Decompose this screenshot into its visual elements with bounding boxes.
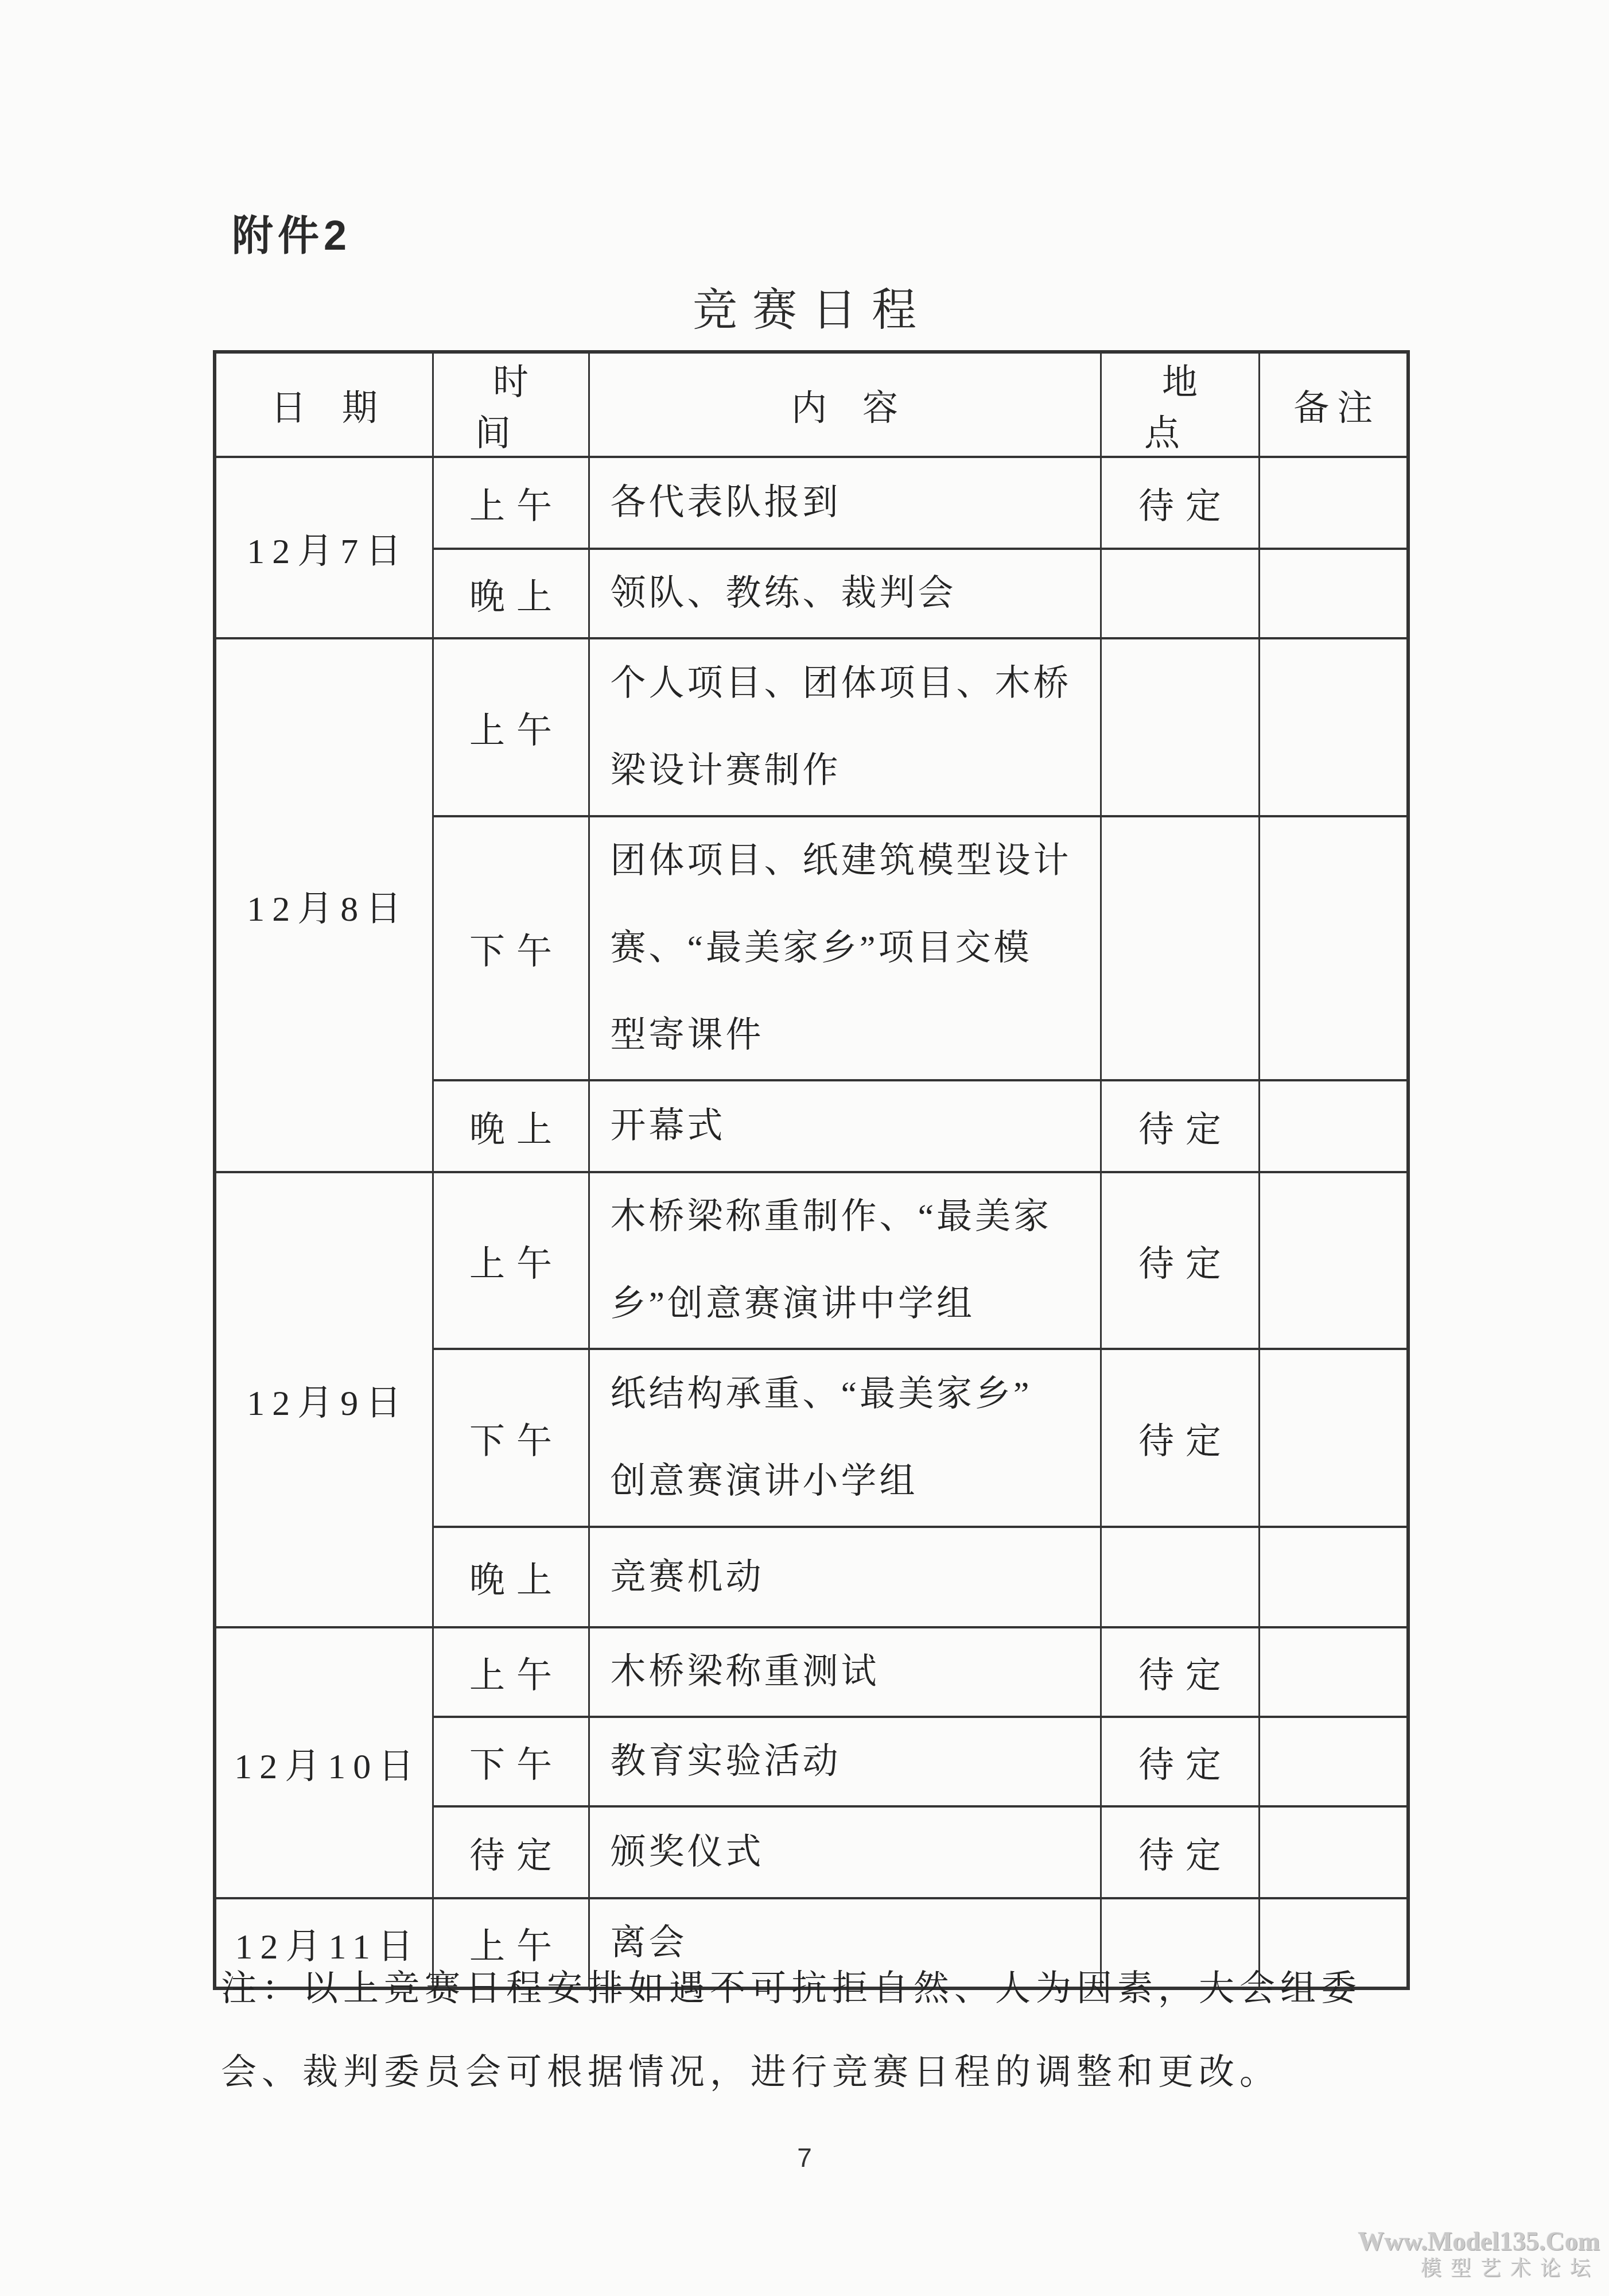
remark-cell (1259, 549, 1408, 638)
location-cell: 待定 (1101, 1717, 1259, 1806)
content-cell: 竞赛机动 (589, 1527, 1101, 1627)
content-cell: 各代表队报到 (589, 457, 1101, 549)
document-page: 附件2 竞赛日程 日期 时间 内容 地点 备注 12月7日 上午 各代表队报到 … (0, 0, 1609, 2296)
time-cell: 晚上 (433, 549, 589, 638)
location-cell: 待定 (1101, 1806, 1259, 1898)
location-cell: 待定 (1101, 1349, 1259, 1527)
content-cell: 纸结构承重、“最美家乡” 创意赛演讲小学组 (589, 1349, 1101, 1527)
schedule-table: 日期 时间 内容 地点 备注 12月7日 上午 各代表队报到 待定 晚上 领队、… (213, 350, 1410, 1990)
remark-cell (1259, 816, 1408, 1080)
content-cell: 个人项目、团体项目、木桥 梁设计赛制作 (589, 638, 1101, 816)
table-row: 12月10日 上午 木桥梁称重测试 待定 (215, 1627, 1408, 1717)
content-cell: 木桥梁称重测试 (589, 1627, 1101, 1717)
content-line: 赛、“最美家乡”项目交模 (611, 905, 1091, 992)
column-header-time: 时间 (433, 352, 589, 457)
content-line: 创意赛演讲小学组 (611, 1438, 1091, 1525)
time-cell: 待定 (433, 1806, 589, 1898)
remark-cell (1259, 1349, 1408, 1527)
time-cell: 下午 (433, 816, 589, 1080)
time-cell: 上午 (433, 1172, 589, 1349)
date-cell: 12月7日 (215, 457, 433, 638)
content-line: 木桥梁称重测试 (611, 1628, 1091, 1716)
column-header-location: 地点 (1101, 352, 1259, 457)
content-line: 各代表队报到 (611, 459, 1091, 546)
table-row: 12月8日 上午 个人项目、团体项目、木桥 梁设计赛制作 (215, 638, 1408, 816)
content-line: 个人项目、团体项目、木桥 (611, 640, 1091, 727)
date-cell: 12月10日 (215, 1627, 433, 1898)
remark-cell (1259, 1527, 1408, 1627)
location-cell: 待定 (1101, 1172, 1259, 1349)
time-cell: 下午 (433, 1717, 589, 1806)
date-cell: 12月9日 (215, 1172, 433, 1627)
page-number: 7 (0, 2142, 1609, 2173)
remark-cell (1259, 638, 1408, 816)
watermark-forum-label: 模型艺术论坛 (1358, 2258, 1600, 2281)
content-cell: 开幕式 (589, 1080, 1101, 1172)
content-line: 梁设计赛制作 (611, 727, 1091, 815)
content-line: 团体项目、纸建筑模型设计 (611, 817, 1091, 905)
location-cell (1101, 549, 1259, 638)
location-cell (1101, 638, 1259, 816)
date-cell: 12月8日 (215, 638, 433, 1172)
content-line: 乡”创意赛演讲中学组 (611, 1261, 1091, 1348)
time-cell: 上午 (433, 638, 589, 816)
location-cell (1101, 1527, 1259, 1627)
header-row: 日期 时间 内容 地点 备注 (215, 352, 1408, 457)
content-cell: 领队、教练、裁判会 (589, 549, 1101, 638)
remark-cell (1259, 1080, 1408, 1172)
content-line: 开幕式 (611, 1083, 1091, 1170)
column-header-date: 日期 (215, 352, 433, 457)
content-line: 领队、教练、裁判会 (611, 550, 1091, 637)
remark-cell (1259, 1806, 1408, 1898)
remark-cell (1259, 1627, 1408, 1717)
content-line: 木桥梁称重制作、“最美家 (611, 1173, 1091, 1261)
content-line: 型寄课件 (611, 992, 1091, 1079)
time-cell: 晚上 (433, 1080, 589, 1172)
watermark-url: Www.Model135.Com (1358, 2227, 1600, 2256)
location-cell: 待定 (1101, 1080, 1259, 1172)
time-cell: 晚上 (433, 1527, 589, 1627)
content-cell: 颁奖仪式 (589, 1806, 1101, 1898)
location-cell: 待定 (1101, 457, 1259, 549)
content-cell: 团体项目、纸建筑模型设计 赛、“最美家乡”项目交模 型寄课件 (589, 816, 1101, 1080)
table-row: 12月9日 上午 木桥梁称重制作、“最美家 乡”创意赛演讲中学组 待定 (215, 1172, 1408, 1349)
column-header-content: 内容 (589, 352, 1101, 457)
remark-cell (1259, 1172, 1408, 1349)
content-line: 教育实验活动 (611, 1718, 1091, 1805)
note-line-1: 注：以上竞赛日程安排如遇不可抗拒自然、人为因素，大会组委 (221, 1947, 1417, 2031)
remark-cell (1259, 457, 1408, 549)
time-cell: 上午 (433, 1627, 589, 1717)
watermark: Www.Model135.Com 模型艺术论坛 (1358, 2227, 1600, 2280)
content-line: 纸结构承重、“最美家乡” (611, 1351, 1091, 1438)
location-cell (1101, 816, 1259, 1080)
note-line-2: 会、裁判委员会可根据情况，进行竞赛日程的调整和更改。 (221, 2031, 1417, 2115)
page-title: 竞赛日程 (0, 274, 1609, 339)
schedule-note: 注：以上竞赛日程安排如遇不可抗拒自然、人为因素，大会组委 会、裁判委员会可根据情… (221, 1947, 1417, 2115)
content-cell: 教育实验活动 (589, 1717, 1101, 1806)
table-row: 12月7日 上午 各代表队报到 待定 (215, 457, 1408, 549)
content-line: 竞赛机动 (611, 1534, 1091, 1621)
content-cell: 木桥梁称重制作、“最美家 乡”创意赛演讲中学组 (589, 1172, 1101, 1349)
column-header-remark: 备注 (1259, 352, 1408, 457)
attachment-label: 附件2 (232, 202, 351, 262)
remark-cell (1259, 1717, 1408, 1806)
time-cell: 上午 (433, 457, 589, 549)
content-line: 颁奖仪式 (611, 1809, 1091, 1896)
time-cell: 下午 (433, 1349, 589, 1527)
location-cell: 待定 (1101, 1627, 1259, 1717)
